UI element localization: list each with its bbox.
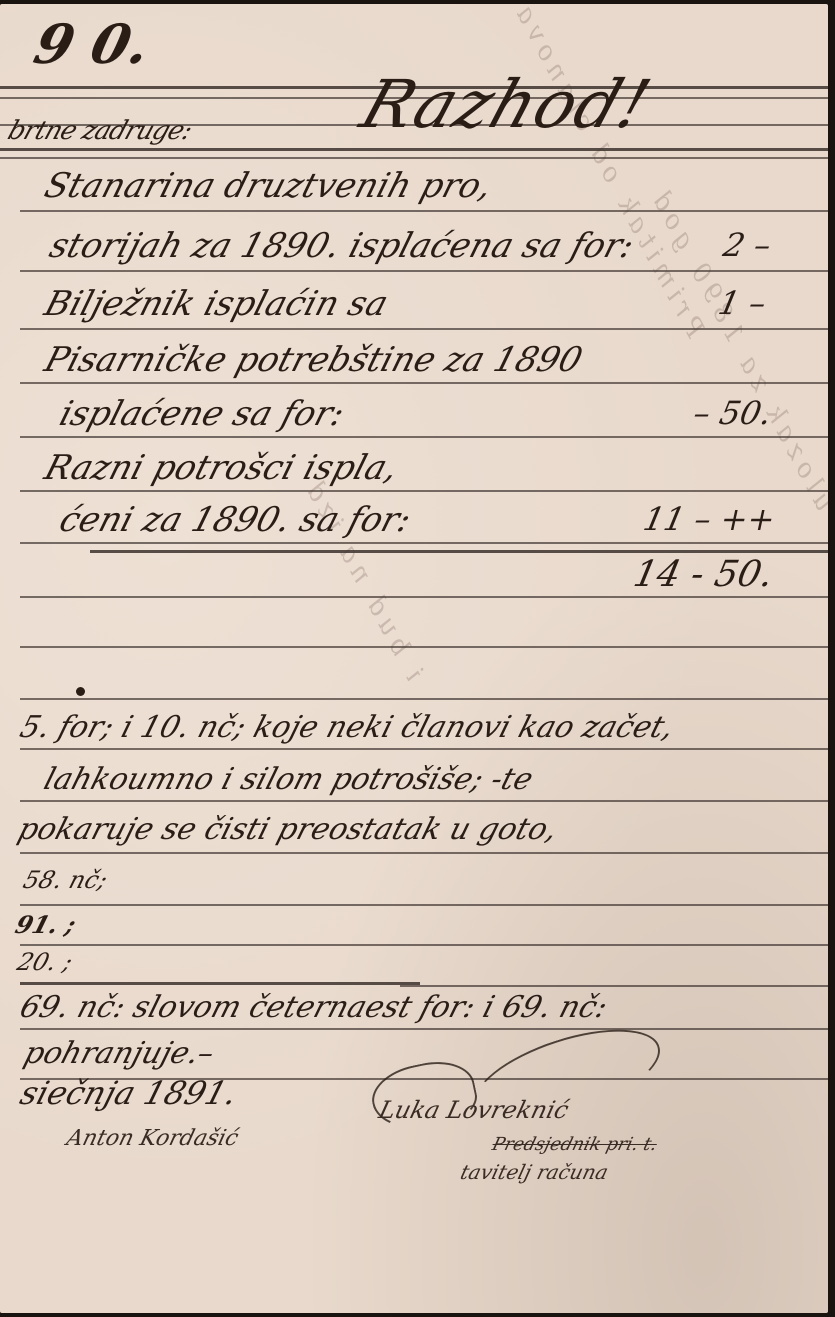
ruled-line — [20, 328, 828, 330]
body-line: 20. ; — [14, 948, 76, 976]
ruled-line — [20, 904, 828, 906]
body-line: pokaruje se čisti preostatak u goto, — [14, 812, 561, 847]
ruled-line — [20, 542, 828, 544]
ruled-line — [20, 852, 828, 854]
signature-right-name: Luka Lovreknić — [376, 1096, 572, 1124]
entry-text: Pisarničke potrebštine za 1890 — [40, 340, 587, 380]
entry-text: storijah za 1890. isplaćena sa for: — [45, 226, 639, 266]
ruled-line — [0, 148, 828, 151]
entry-text: Stanarina druztvenih pro, — [40, 166, 497, 206]
entry-text: Razni potrošci ispla, — [40, 448, 402, 488]
entry-text: Bilježnik isplaćin sa — [40, 284, 393, 324]
page-title: Razhod! — [352, 66, 660, 143]
page-number: 9 0. — [28, 12, 157, 76]
signature-right-role-struck: Predsjednik pri. t. — [490, 1134, 659, 1155]
ink-blot — [76, 687, 85, 696]
body-line: 69. nč: slovom četernaest for: i 69. nč: — [16, 990, 612, 1025]
body-line: pohranjuje.– — [20, 1036, 218, 1071]
ruled-line — [20, 382, 828, 384]
entry-amount: 2 – — [720, 226, 775, 264]
entry-amount: 11 – ++ — [640, 500, 779, 538]
bleed-through-text: Primitak od clanova — [507, 4, 710, 342]
date-line: siečnja 1891. — [16, 1074, 242, 1112]
entry-text: ćeni za 1890. sa for: — [55, 500, 416, 540]
total-amount: 14 - 50. — [630, 554, 777, 595]
body-line: 91. ; — [12, 910, 79, 939]
ruled-line — [20, 596, 828, 598]
ruled-line — [20, 436, 828, 438]
body-line: 58. nč; — [20, 866, 111, 894]
entry-amount: 1 – — [715, 284, 770, 322]
ruled-line — [20, 748, 828, 750]
ruled-line — [20, 698, 828, 700]
manuscript-page: Primitak od clanova ulozak za 1890 god i… — [0, 4, 828, 1313]
ruled-line — [400, 985, 828, 987]
ruled-line — [20, 800, 828, 802]
entry-text: isplaćene sa for: — [55, 394, 349, 434]
ruled-line — [20, 944, 828, 946]
ruled-line — [20, 270, 828, 272]
signature-right-role: tavitelj računa — [458, 1160, 611, 1184]
ruled-line — [20, 1028, 828, 1030]
entry-amount: – 50. — [690, 394, 775, 432]
ruled-line — [20, 646, 828, 648]
body-line: lahkoumno i silom potrošiše; -te — [40, 762, 537, 797]
ruled-line — [20, 490, 828, 492]
ruled-line — [20, 210, 828, 212]
ruled-line — [0, 157, 828, 159]
total-underline — [90, 550, 828, 553]
sum-underline — [20, 982, 420, 985]
header-caption: brtne zadruge: — [4, 116, 195, 146]
body-line: 5. for; i 10. nč; koje neki članovi kao … — [16, 710, 678, 745]
signature-left: Anton Kordašić — [64, 1126, 241, 1151]
